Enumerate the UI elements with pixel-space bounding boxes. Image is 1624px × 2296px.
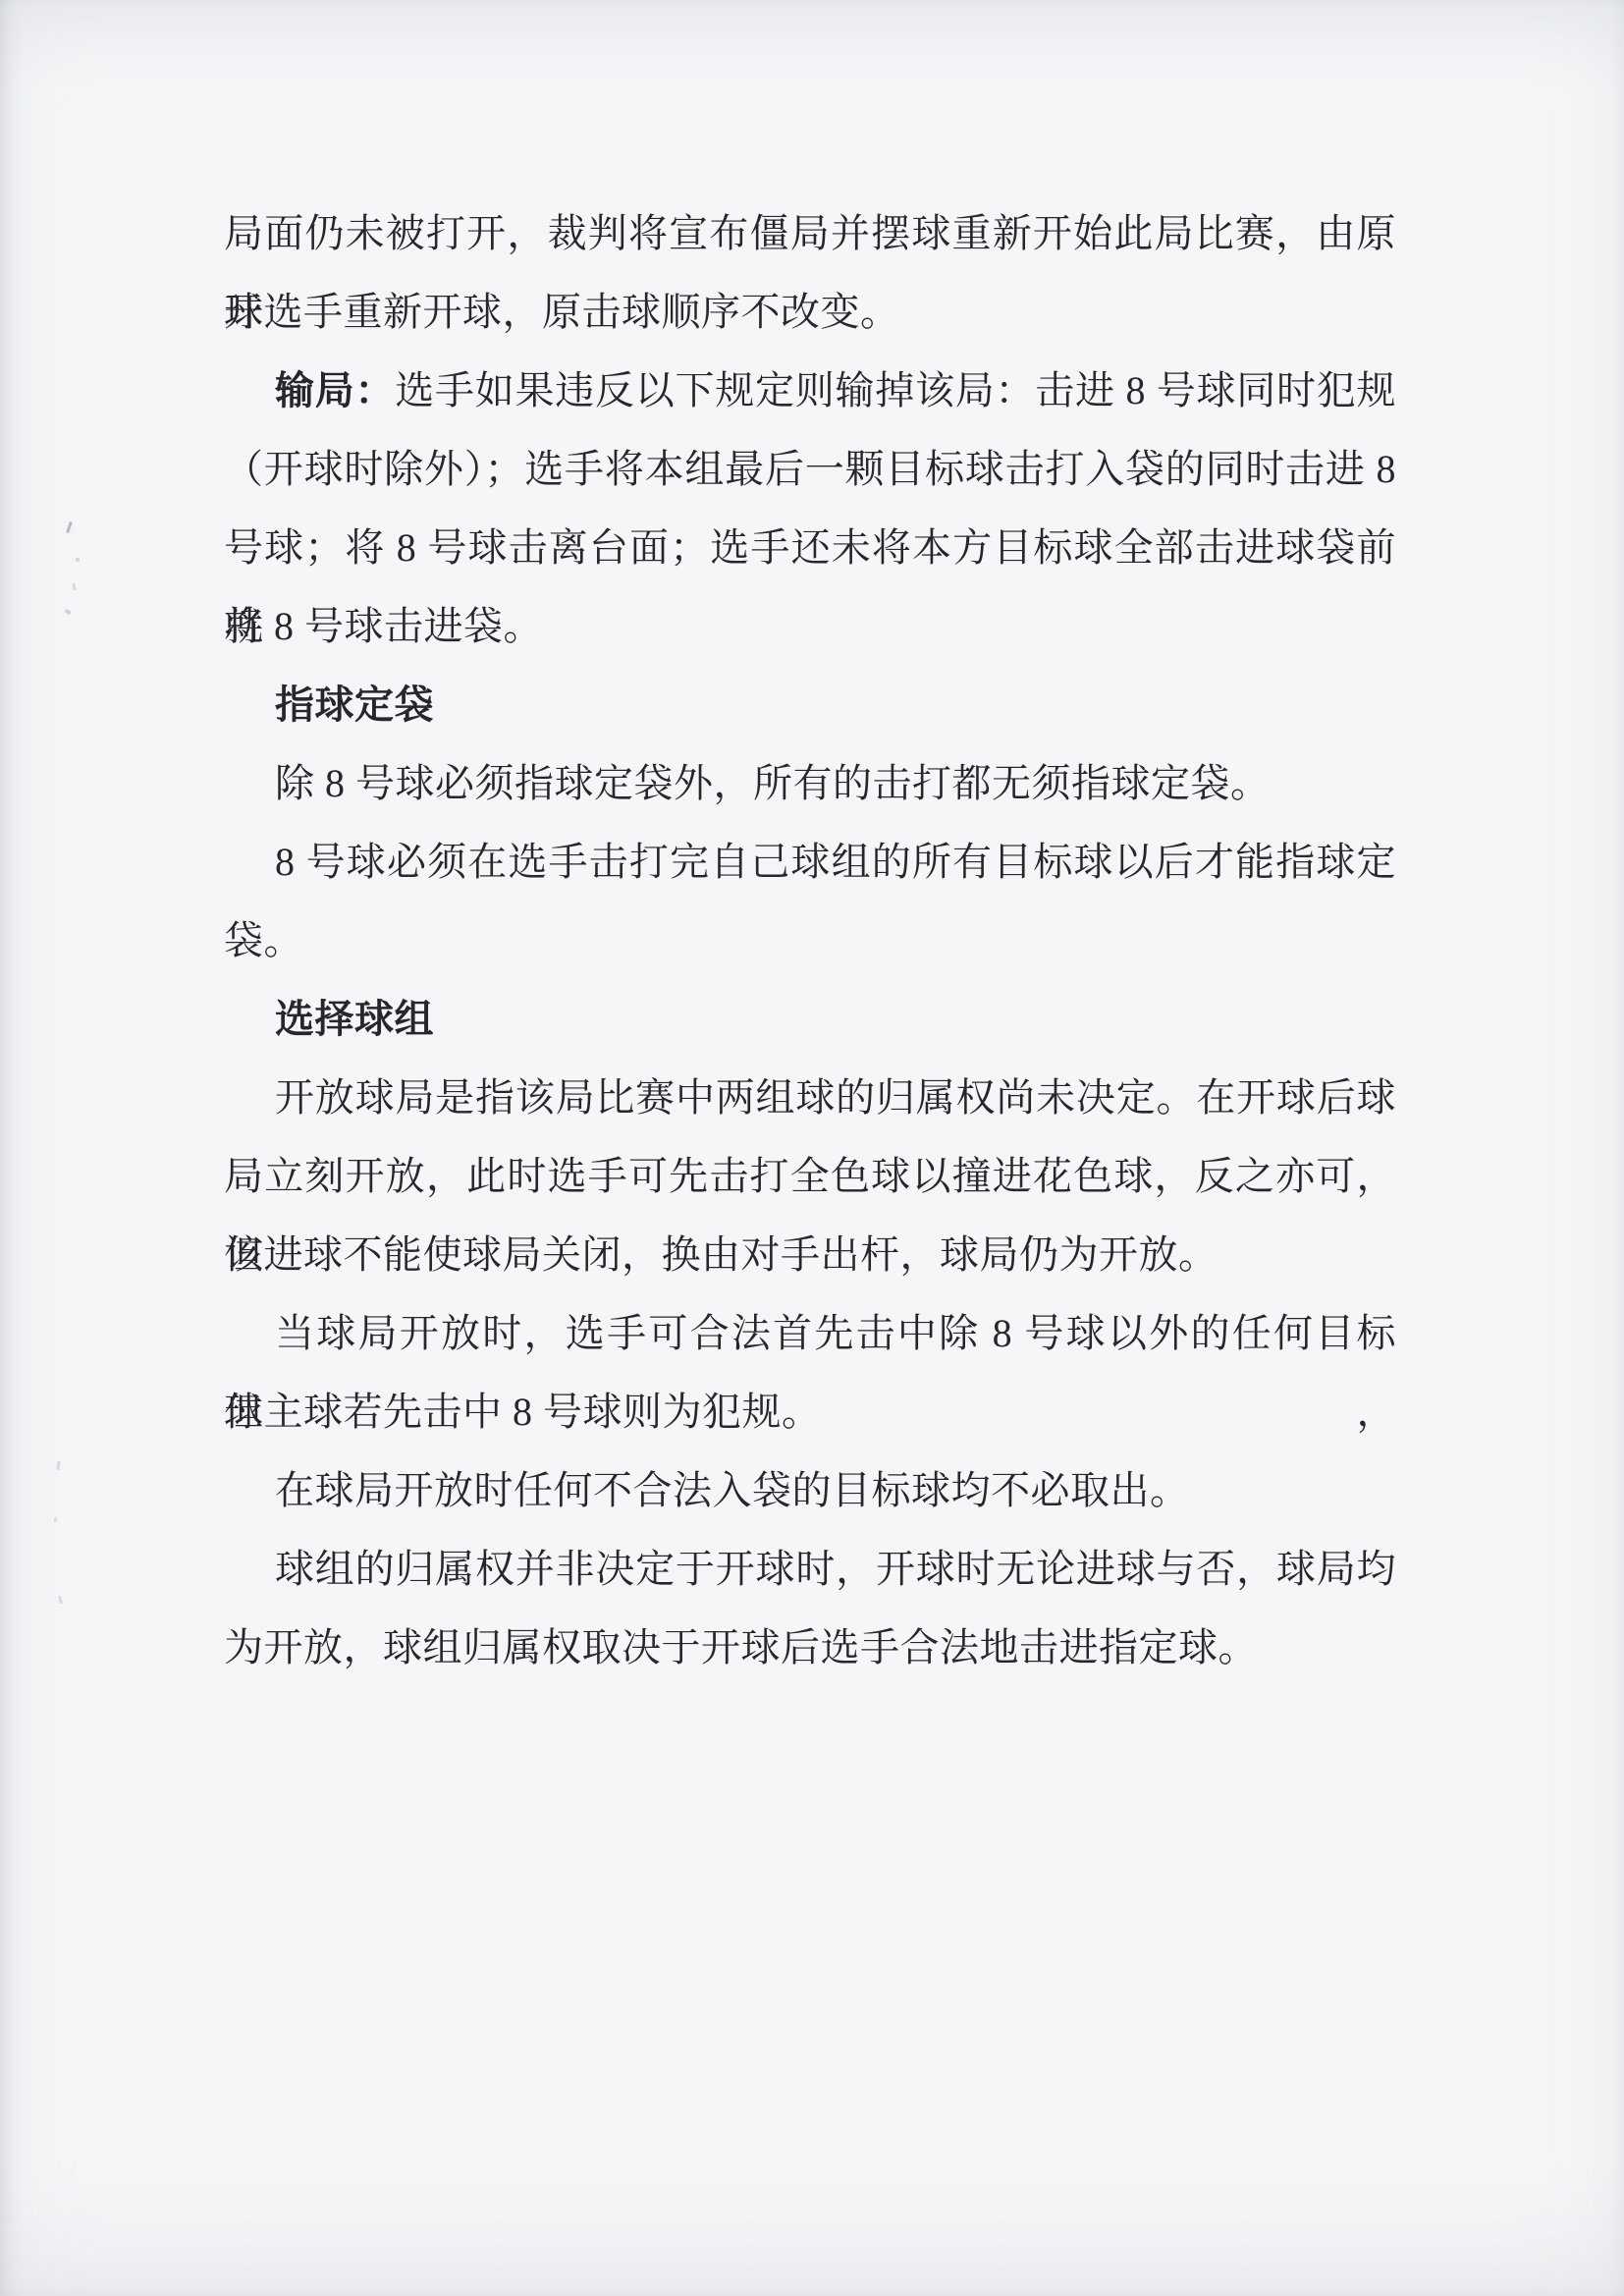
document-page: 局面仍未被打开，裁判将宣布僵局并摆球重新开始此局比赛，由原开球选手重新开球，原击… bbox=[0, 0, 1624, 2296]
bold-lead-label: 输局： bbox=[275, 369, 395, 412]
text-line: 将 8 号球击进袋。 bbox=[224, 587, 1396, 666]
section-heading: 选择球组 bbox=[224, 980, 1396, 1059]
scan-speck bbox=[54, 1517, 57, 1522]
text-line: 号球；将 8 号球击离台面；选手还未将本方目标球全部击进球袋前就 bbox=[224, 509, 1396, 587]
text-line: 除 8 号球必须指球定袋外，所有的击打都无须指球定袋。 bbox=[224, 744, 1396, 823]
text-line: 袋。 bbox=[224, 902, 1396, 980]
text-line: 8 号球必须在选手击打完自己球组的所有目标球以后才能指球定 bbox=[224, 823, 1396, 902]
scan-speck bbox=[76, 558, 80, 562]
text-line: 局面仍未被打开，裁判将宣布僵局并摆球重新开始此局比赛，由原开 bbox=[224, 194, 1396, 273]
scan-speck bbox=[66, 521, 73, 533]
text-line: 在球局开放时任何不合法入袋的目标球均不必取出。 bbox=[224, 1451, 1396, 1530]
section-heading: 指球定袋 bbox=[224, 666, 1396, 744]
text-line: 球组的归属权并非决定于开球时，开球时无论进球与否，球局均 bbox=[224, 1530, 1396, 1609]
text-line: 球选手重新开球，原击球顺序不改变。 bbox=[224, 273, 1396, 352]
text-line: 该进球不能使球局关闭，换由对手出杆，球局仍为开放。 bbox=[224, 1216, 1396, 1294]
text-line: 当球局开放时，选手可合法首先击中除 8 号球以外的任何目标球， bbox=[224, 1294, 1396, 1373]
scan-speck bbox=[56, 1461, 61, 1470]
text-line: 局立刻开放，此时选手可先击打全色球以撞进花色球，反之亦可，但 bbox=[224, 1137, 1396, 1216]
scan-speck bbox=[72, 583, 76, 590]
text-line: 开放球局是指该局比赛中两组球的归属权尚未决定。在开球后球 bbox=[224, 1059, 1396, 1137]
scan-speck bbox=[58, 1596, 63, 1605]
scan-speck bbox=[64, 609, 71, 615]
text-line: （开球时除外）；选手将本组最后一颗目标球击打入袋的同时击进 8 bbox=[224, 430, 1396, 509]
text-line: 输局：选手如果违反以下规定则输掉该局：击进 8 号球同时犯规 bbox=[224, 352, 1396, 430]
text-line: 为开放，球组归属权取决于开球后选手合法地击进指定球。 bbox=[224, 1609, 1396, 1687]
document-text-block: 局面仍未被打开，裁判将宣布僵局并摆球重新开始此局比赛，由原开球选手重新开球，原击… bbox=[224, 194, 1396, 1687]
